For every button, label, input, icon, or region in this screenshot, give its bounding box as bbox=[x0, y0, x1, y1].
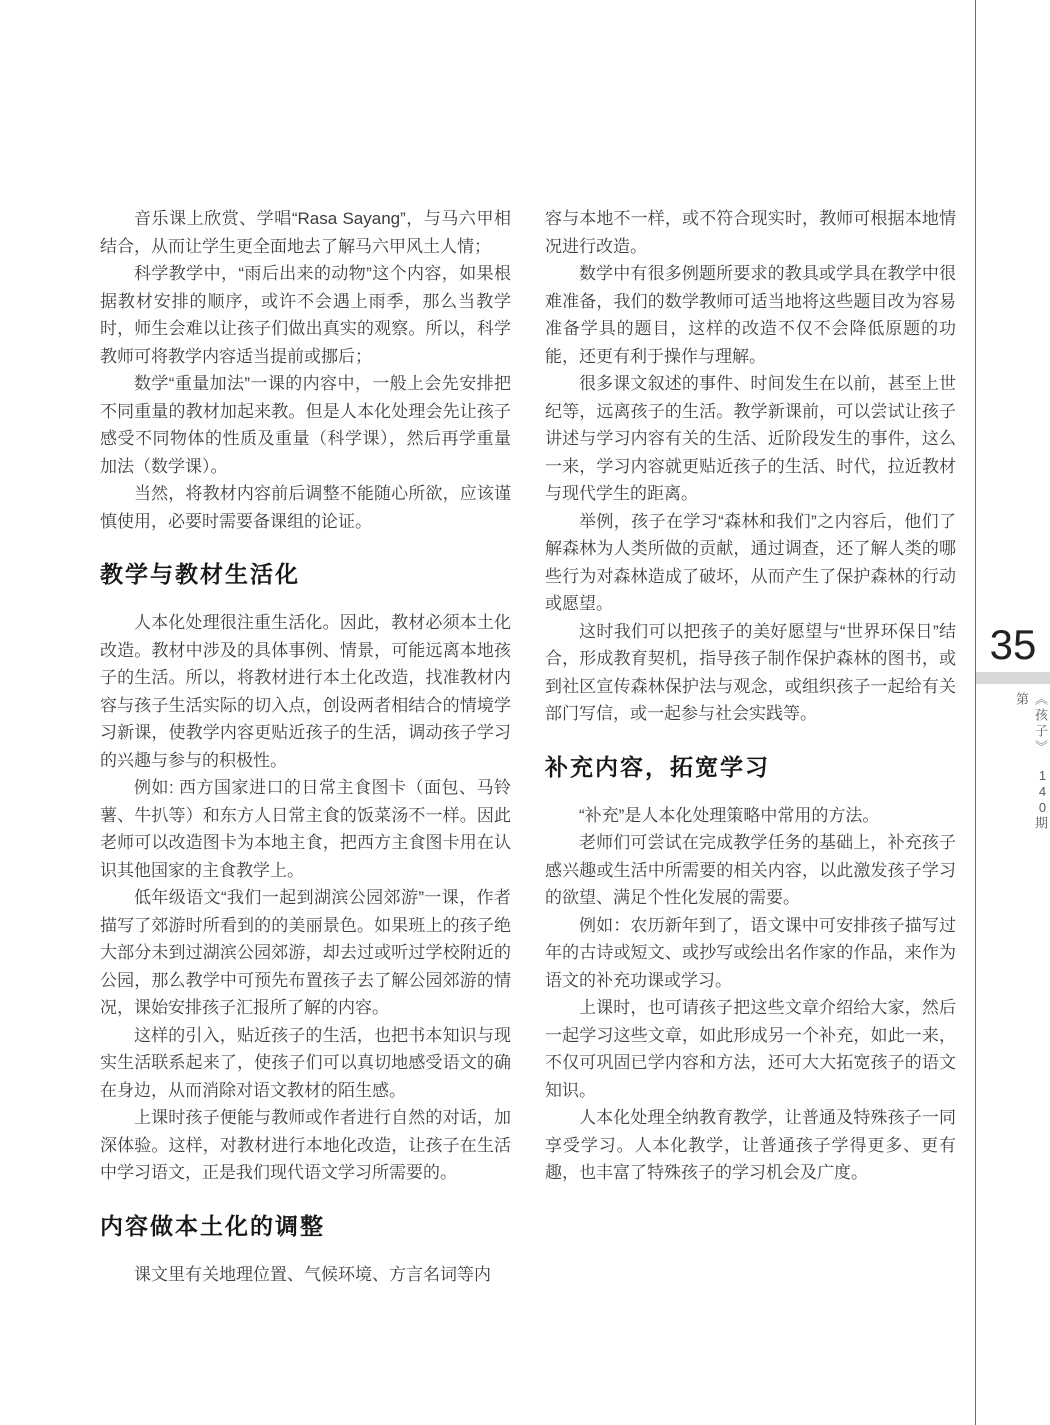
left-column: 音乐课上欣赏、学唱“Rasa Sayang”，与马六甲相结合，从而让学生更全面地… bbox=[100, 205, 511, 1288]
paragraph: 很多课文叙述的事件、时间发生在以前，甚至上世纪等，远离孩子的生活。教学新课前，可… bbox=[545, 370, 956, 508]
paragraph: “补充”是人本化处理策略中常用的方法。 bbox=[545, 802, 956, 830]
section-heading: 教学与教材生活化 bbox=[100, 559, 511, 589]
magazine-page: 音乐课上欣赏、学唱“Rasa Sayang”，与马六甲相结合，从而让学生更全面地… bbox=[0, 0, 1050, 1425]
journal-label-suffix: 期 bbox=[976, 816, 1050, 832]
paragraph: 当然，将教材内容前后调整不能随心所欲，应该谨慎使用，必要时需要备课组的论证。 bbox=[100, 480, 511, 535]
paragraph: 课文里有关地理位置、气候环境、方言名词等内 bbox=[100, 1261, 511, 1289]
paragraph: 老师们可尝试在完成教学任务的基础上，补充孩子感兴趣或生活中所需要的相关内容，以此… bbox=[545, 829, 956, 912]
page-number: 35 bbox=[976, 622, 1050, 668]
paragraph: 音乐课上欣赏、学唱“Rasa Sayang”，与马六甲相结合，从而让学生更全面地… bbox=[100, 205, 511, 260]
paragraph: 这样的引入，贴近孩子的生活，也把书本知识与现实生活联系起来了，使孩子们可以真切地… bbox=[100, 1022, 511, 1105]
paragraph: 上课时，也可请孩子把这些文章介绍给大家，然后一起学习这些文章，如此形成另一个补充… bbox=[545, 994, 956, 1104]
section-heading: 内容做本土化的调整 bbox=[100, 1211, 511, 1241]
paragraph-continuation: 容与本地不一样，或不符合现实时，教师可根据本地情况进行改造。 bbox=[545, 205, 956, 260]
paragraph: 例如：农历新年到了，语文课中可安排孩子描写过年的古诗或短文、或抄写或绘出名作家的… bbox=[545, 912, 956, 995]
journal-label-prefix: 《孩子》第 bbox=[976, 692, 1050, 768]
page-number-tab-bar bbox=[976, 672, 1050, 684]
paragraph: 上课时孩子便能与教师或作者进行自然的对话，加深体验。这样，对教材进行本地化改造，… bbox=[100, 1104, 511, 1187]
paragraph: 这时我们可以把孩子的美好愿望与“世界环保日”结合，形成教育契机，指导孩子制作保护… bbox=[545, 618, 956, 728]
paragraph: 科学教学中，“雨后出来的动物”这个内容，如果根据教材安排的顺序，或许不会遇上雨季… bbox=[100, 260, 511, 370]
paragraph: 数学中有很多例题所要求的教具或学具在教学中很难准备，我们的数学教师可适当地将这些… bbox=[545, 260, 956, 370]
paragraph: 人本化处理很注重生活化。因此，教材必须本土化改造。教材中涉及的具体事例、情景，可… bbox=[100, 609, 511, 774]
section-heading: 补充内容，拓宽学习 bbox=[545, 752, 956, 782]
paragraph: 举例，孩子在学习“森林和我们”之内容后，他们了解森林为人类所做的贡献，通过调查，… bbox=[545, 508, 956, 618]
journal-issue-label: 《孩子》第140期 bbox=[976, 692, 1050, 832]
paragraph: 例如: 西方国家进口的日常主食图卡（面包、马铃薯、牛扒等）和东方人日常主食的饭菜… bbox=[100, 774, 511, 884]
paragraph: 人本化处理全纳教育教学，让普通及特殊孩子一同享受学习。人本化教学，让普通孩子学得… bbox=[545, 1104, 956, 1187]
journal-issue-number: 140 bbox=[976, 768, 1050, 816]
right-column: 容与本地不一样，或不符合现实时，教师可根据本地情况进行改造。 数学中有很多例题所… bbox=[545, 205, 956, 1187]
paragraph: 数学“重量加法”一课的内容中，一般上会先安排把不同重量的教材加起来教。但是人本化… bbox=[100, 370, 511, 480]
paragraph: 低年级语文“我们一起到湖滨公园郊游”一课，作者描写了郊游时所看到的的美丽景色。如… bbox=[100, 884, 511, 1022]
